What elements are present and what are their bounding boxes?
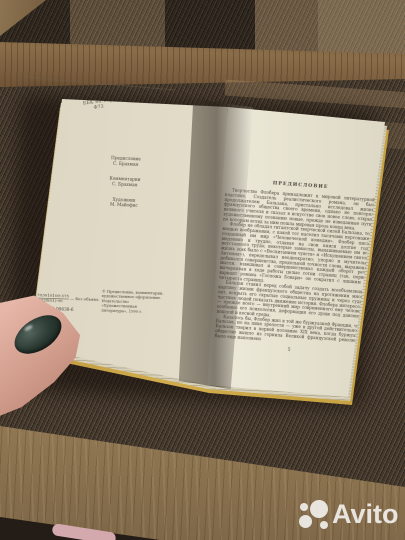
copyright-notice: © Предисловие, комментарии, художественн…	[101, 289, 164, 315]
code-suffix: — без объявл.	[70, 297, 100, 303]
avito-watermark-label: Avito	[332, 499, 399, 530]
credit-preface: Предисловие С. Брахман	[96, 155, 156, 168]
credit-commentary: Комментарии С. Брахман	[95, 176, 155, 189]
photo-scene: ББК 84.4Фр Ф73 Предисловие С. Брахман Ко…	[0, 0, 405, 540]
avito-watermark: Avito	[299, 498, 403, 532]
avito-logo-icon	[299, 500, 329, 530]
credits-block: Предисловие С. Брахман Комментарии С. Бр…	[93, 155, 156, 219]
credit-artist: Художник М. Майофис	[94, 196, 154, 209]
open-book: ББК 84.4Фр Ф73 Предисловие С. Брахман Ко…	[22, 83, 394, 413]
library-code: ББК 84.4Фр Ф73	[68, 96, 129, 114]
